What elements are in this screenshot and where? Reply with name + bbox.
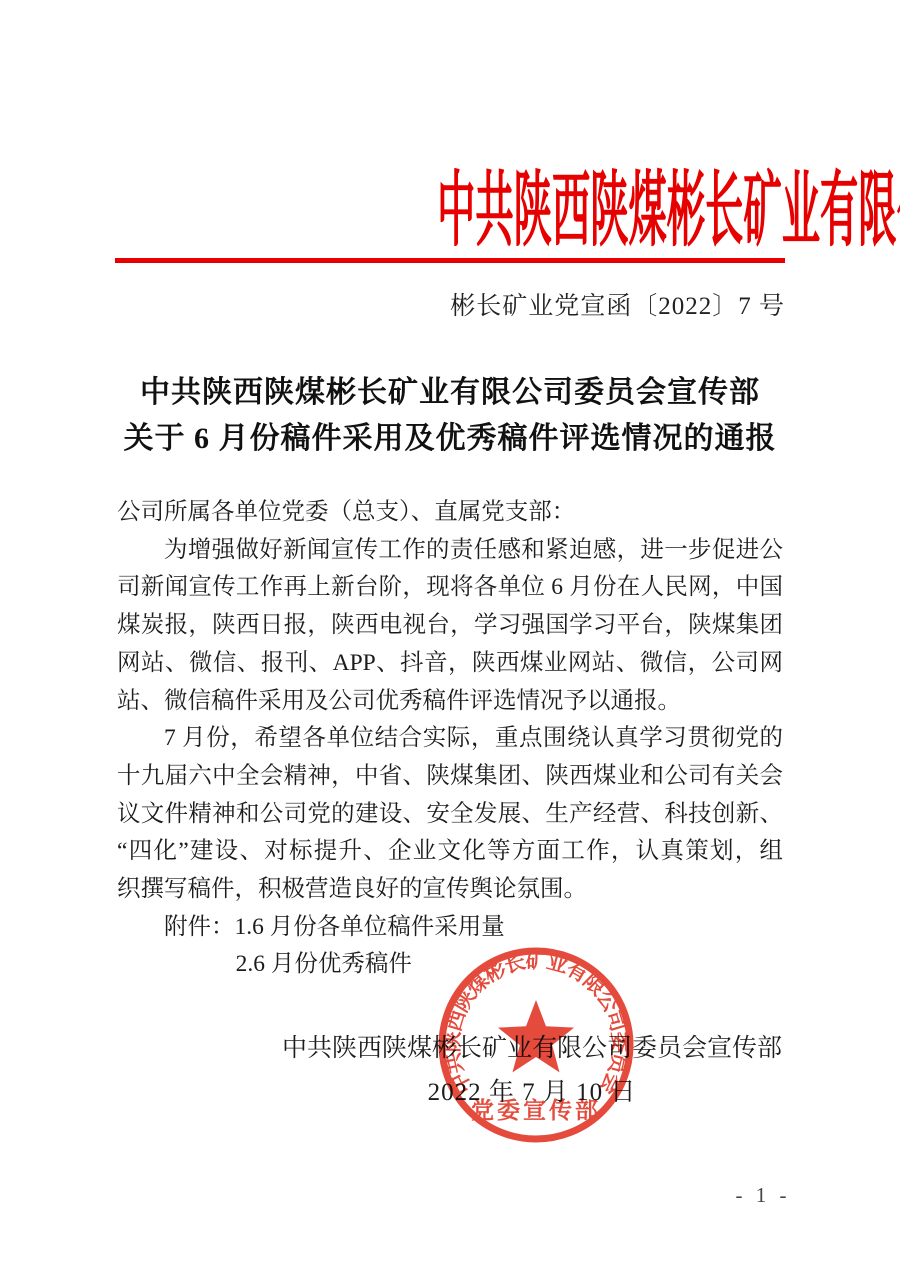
signature-block: 中共陕西陕煤彬长矿业有限公司委员会宣传部 2022 年 7 月 10 日 (282, 1030, 782, 1112)
body-line: 煤炭报，陕西日报，陕西电视台，学习强国学习平台，陕煤集团 (117, 607, 783, 645)
page-number: - 1 - (730, 1183, 796, 1208)
doc-title-line1: 中共陕西陕煤彬长矿业有限公司委员会宣传部 (0, 370, 900, 416)
body-line: 站、微信稿件采用及公司优秀稿件评选情况予以通报。 (117, 683, 783, 721)
body-line: 网站、微信、报刊、APP、抖音，陕西煤业网站、微信，公司网 (117, 645, 783, 683)
document-page: 中共陕西陕煤彬长矿业有限公司委员会宣传部 彬长矿业党宣函〔2022〕7 号 中共… (0, 0, 900, 1273)
letterhead-divider (115, 258, 785, 263)
attachment-line: 2.6 月份优秀稿件 (117, 946, 783, 984)
signature-date: 2022 年 7 月 10 日 (282, 1074, 782, 1112)
letterhead-org-title: 中共陕西陕煤彬长矿业有限公司委员会宣传部 (437, 170, 900, 252)
body-line: 议文件精神和公司党的建设、安全发展、生产经营、科技创新、 (117, 796, 783, 834)
body-line: 十九届六中全会精神，中省、陕煤集团、陕西煤业和公司有关会 (117, 758, 783, 796)
body-line: “四化”建设、对标提升、企业文化等方面工作，认真策划，组 (117, 833, 783, 871)
body-line: 为增强做好新闻宣传工作的责任感和紧迫感，进一步促进公 (117, 532, 783, 570)
body-line: 司新闻宣传工作再上新台阶，现将各单位 6 月份在人民网，中国 (117, 569, 783, 607)
signature-org: 中共陕西陕煤彬长矿业有限公司委员会宣传部 (282, 1030, 782, 1068)
body-text: 公司所属各单位党委（总支）、直属党支部： 为增强做好新闻宣传工作的责任感和紧迫感… (117, 494, 783, 984)
body-line: 7 月份，希望各单位结合实际，重点围绕认真学习贯彻党的 (117, 720, 783, 758)
doc-title-line2: 关于 6 月份稿件采用及优秀稿件评选情况的通报 (0, 416, 900, 462)
letterhead: 中共陕西陕煤彬长矿业有限公司委员会宣传部 (0, 170, 900, 252)
body-line: 织撰写稿件，积极营造良好的宣传舆论氛围。 (117, 871, 783, 909)
attachment-line: 附件：1.6 月份各单位稿件采用量 (117, 909, 783, 947)
doc-number: 彬长矿业党宣函〔2022〕7 号 (450, 286, 785, 322)
doc-title: 中共陕西陕煤彬长矿业有限公司委员会宣传部 关于 6 月份稿件采用及优秀稿件评选情… (0, 370, 900, 462)
salutation-line: 公司所属各单位党委（总支）、直属党支部： (117, 494, 783, 532)
